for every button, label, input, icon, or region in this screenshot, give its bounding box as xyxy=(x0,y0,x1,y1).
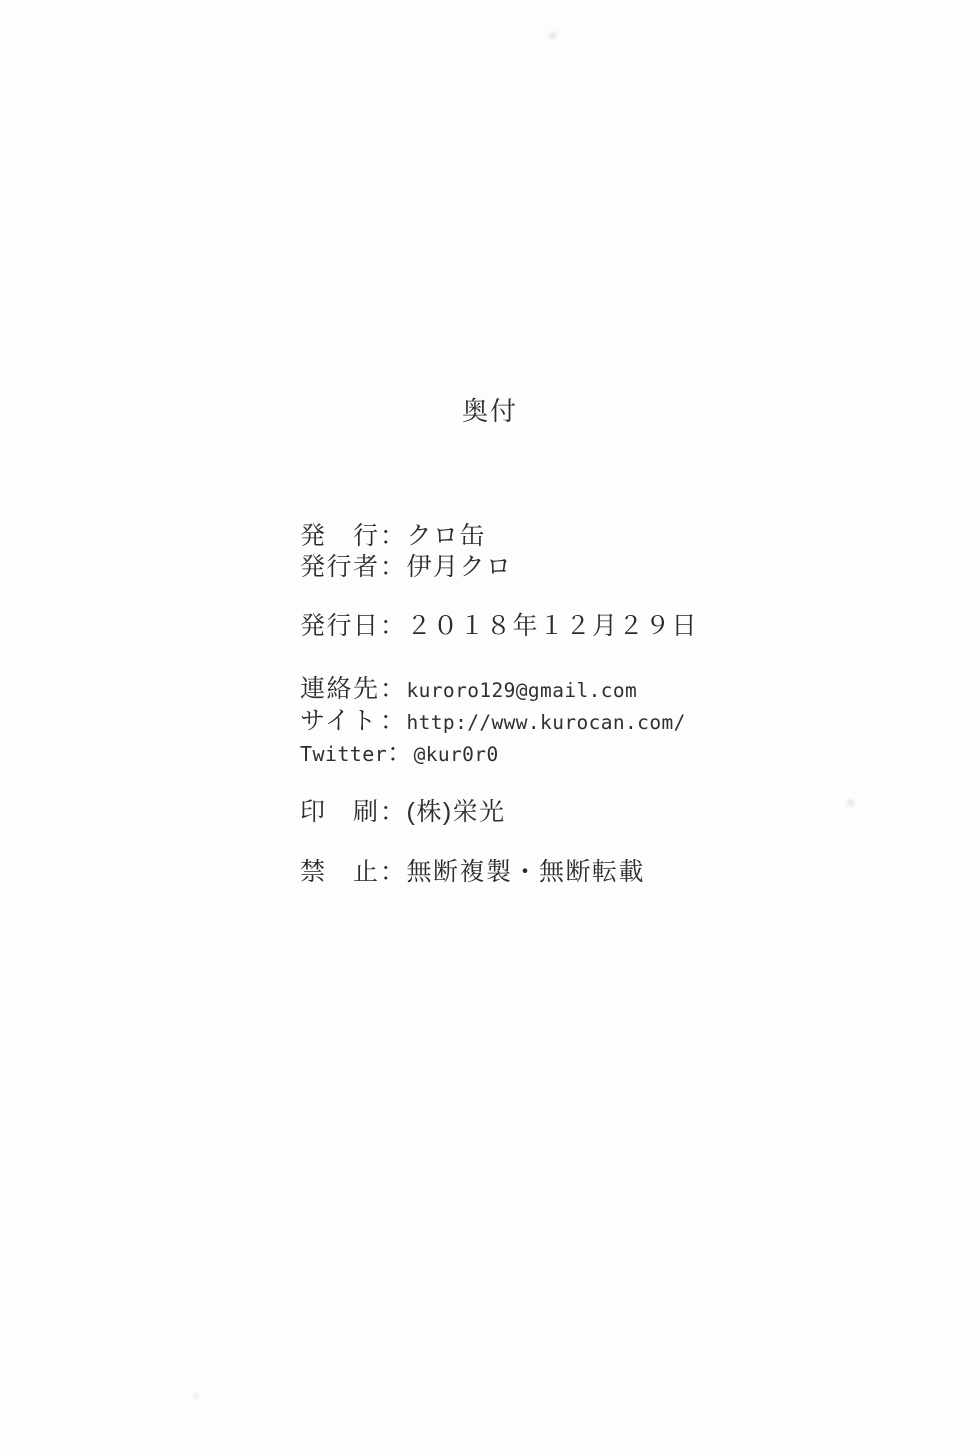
field-label: 発 行 xyxy=(300,521,380,552)
field-separator: ： xyxy=(380,706,407,737)
colophon-row-author: 発行者：伊月クロ xyxy=(300,552,698,583)
colophon-row-prohibition: 禁 止：無断複製・無断転載 xyxy=(300,857,698,888)
page-title: 奥付 xyxy=(0,391,980,428)
field-label: 印 刷 xyxy=(300,797,380,828)
field-label: 発行者 xyxy=(300,552,380,583)
field-value: ２０１８年１２月２９日 xyxy=(407,612,699,640)
email-value: kuroro129@gmail.com xyxy=(407,679,638,702)
colophon-row-twitter: Twitter：@kur0r0 xyxy=(300,738,698,770)
field-label: 禁 止 xyxy=(300,857,380,888)
field-separator: ： xyxy=(380,552,407,583)
field-separator: ： xyxy=(380,797,407,828)
field-label: サイト xyxy=(300,706,380,737)
twitter-handle-value: @kur0r0 xyxy=(414,743,499,766)
field-separator: ： xyxy=(387,738,414,769)
field-separator: ： xyxy=(380,521,407,552)
field-value: クロ缶 xyxy=(407,522,487,550)
field-label: Twitter xyxy=(300,739,387,770)
website-url-value: http://www.kurocan.com/ xyxy=(407,711,686,734)
field-label: 連絡先 xyxy=(300,674,380,705)
colophon-row-website: サイト：http://www.kurocan.com/ xyxy=(300,706,698,738)
colophon-row-contact-email: 連絡先：kuroro129@gmail.com xyxy=(300,674,698,706)
dust-speck xyxy=(844,796,857,809)
scanned-page: 奥付 発 行：クロ缶 発行者：伊月クロ 発行日：２０１８年１２月２９日 連絡先：… xyxy=(0,0,980,1454)
field-value: (株)栄光 xyxy=(407,798,506,826)
field-value: 伊月クロ xyxy=(407,553,513,581)
colophon-row-publish-date: 発行日：２０１８年１２月２９日 xyxy=(300,611,698,642)
dust-speck xyxy=(190,1390,202,1402)
field-value: 無断複製・無断転載 xyxy=(407,858,646,886)
field-separator: ： xyxy=(380,611,407,642)
dust-speck xyxy=(546,29,559,42)
field-separator: ： xyxy=(380,857,407,888)
field-separator: ： xyxy=(380,674,407,705)
colophon-row-publisher: 発 行：クロ缶 xyxy=(300,521,698,552)
colophon-row-printer: 印 刷：(株)栄光 xyxy=(300,797,698,828)
field-label: 発行日 xyxy=(300,611,380,642)
colophon-block: 発 行：クロ缶 発行者：伊月クロ 発行日：２０１８年１２月２９日 連絡先：kur… xyxy=(300,521,698,888)
